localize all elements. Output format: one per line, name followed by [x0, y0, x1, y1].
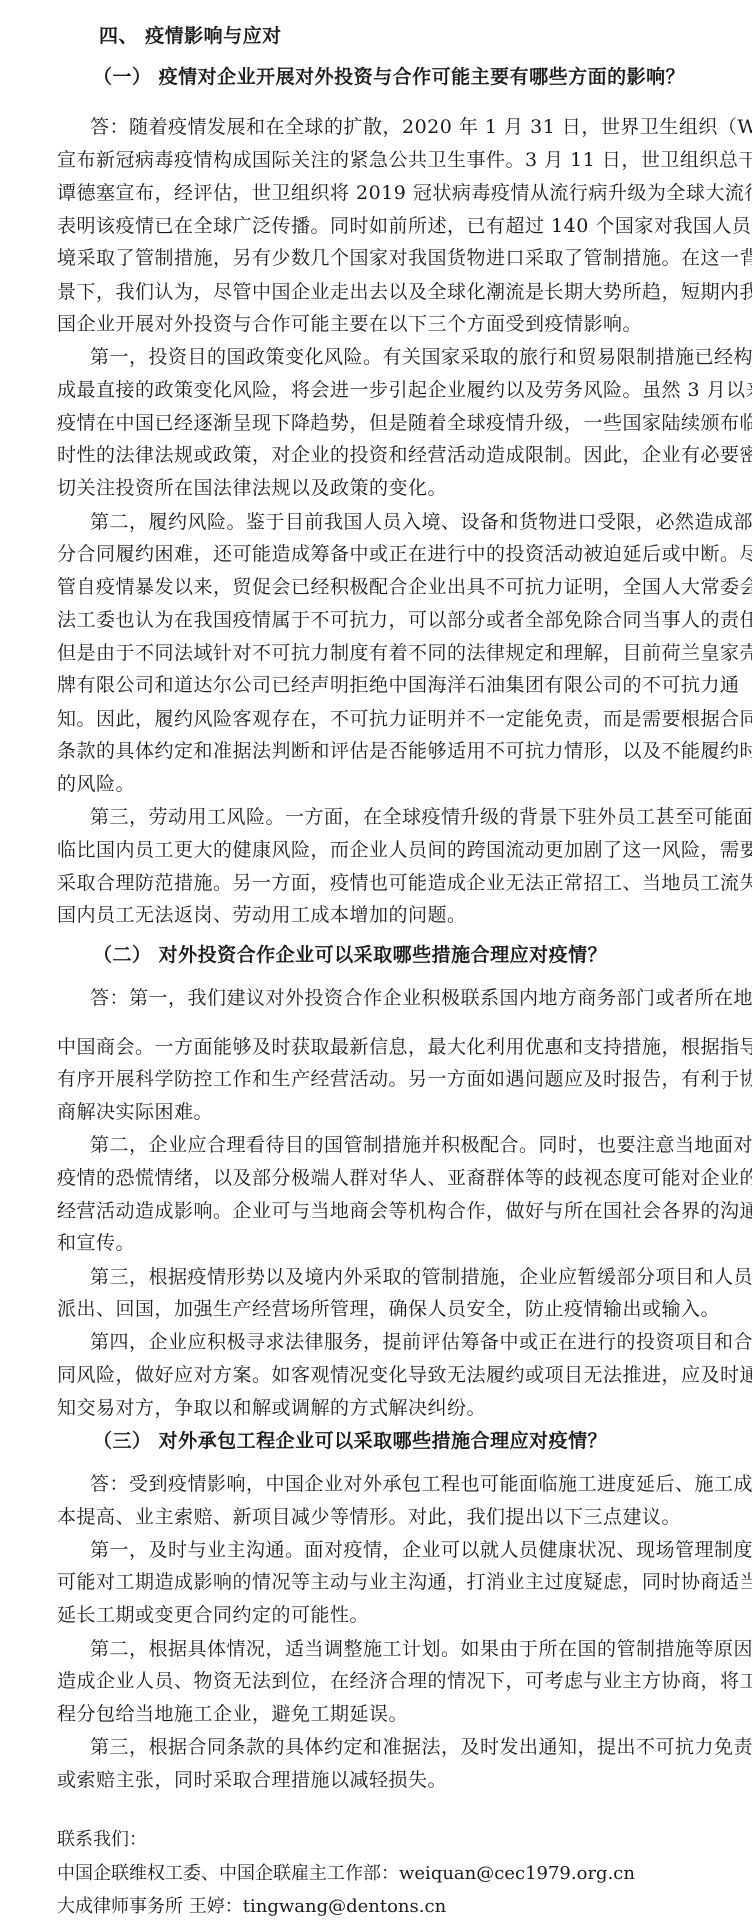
paragraph-line: 但是由于不同法域针对不可抗力制度有着不同的法律规定和理解，目前荷兰皇家壳 [57, 641, 693, 665]
paragraph-line: 派出、回国，加强生产经营场所管理，确保人员安全，防止疫情输出或输入。 [57, 1297, 693, 1321]
paragraph-line: 采取合理防范措施。另一方面，疫情也可能造成企业无法正常招工、当地员工流失、 [57, 871, 693, 895]
contact-org-dentons: 大成律师事务所 王婷： [57, 1896, 243, 1917]
paragraph-line: 答：受到疫情影响，中国企业对外承包工程也可能面临施工进度延后、施工成 [90, 1472, 693, 1496]
paragraph-line: 程分包给当地施工企业，避免工期延误。 [57, 1702, 693, 1726]
paragraph-line: 分合同履约困难，还可能造成筹备中或正在进行中的投资活动被迫延后或中断。尽 [57, 542, 693, 566]
paragraph-line: 同风险，做好应对方案。如客观情况变化导致无法履约或项目无法推进，应及时通 [57, 1363, 693, 1387]
paragraph-line: 中国商会。一方面能够及时获取最新信息，最大化利用优惠和支持措施，根据指导 [57, 1035, 693, 1059]
paragraph-line: 第二，根据具体情况，适当调整施工计划。如果由于所在国的管制措施等原因， [90, 1637, 693, 1661]
paragraph-line: 的风险。 [57, 772, 693, 796]
paragraph-line: 第二，企业应合理看待目的国管制措施并积极配合。同时，也要注意当地面对 [90, 1133, 693, 1157]
paragraph-line: 法工委也认为在我国疫情属于不可抗力，可以部分或者全部免除合同当事人的责任， [57, 608, 693, 632]
paragraph-line: 本提高、业主索赔、新项目减少等情形。对此，我们提出以下三点建议。 [57, 1505, 693, 1529]
paragraph-line: 时性的法律法规或政策，对企业的投资和经营活动造成限制。因此，企业有必要密 [57, 443, 693, 467]
paragraph-line: 国企业开展对外投资与合作可能主要在以下三个方面受到疫情影响。 [57, 312, 693, 336]
paragraph-line: 临比国内员工更大的健康风险，而企业人员间的跨国流动更加剧了这一风险，需要 [57, 838, 693, 862]
paragraph-line: 成最直接的政策变化风险，将会进一步引起企业履约以及劳务风险。虽然 3 月以来 [57, 378, 693, 402]
contact-line-cec: 中国企联维权工委、中国企联雇主工作部：weiquan@cec1979.org.c… [57, 1862, 693, 1886]
paragraph-line: 第四，企业应积极寻求法律服务，提前评估筹备中或正在进行的投资项目和合 [90, 1330, 693, 1354]
question-heading: （一） 疫情对企业开展对外投资与合作可能主要有哪些方面的影响？ [93, 65, 693, 89]
paragraph-line: 可能对工期造成影响的情况等主动与业主沟通，打消业主过度疑虑，同时协商适当 [57, 1570, 693, 1594]
paragraph-line: 管自疫情暴发以来，贸促会已经积极配合企业出具不可抗力证明，全国人大常委会 [57, 575, 693, 599]
paragraph-line: 或索赔主张，同时采取合理措施以减轻损失。 [57, 1768, 693, 1792]
contact-heading: 联系我们： [57, 1828, 693, 1852]
paragraph-line: 境采取了管制措施，另有少数几个国家对我国货物进口采取了管制措施。在这一背 [57, 246, 693, 270]
paragraph-line: 第一，投资目的国政策变化风险。有关国家采取的旅行和贸易限制措施已经构 [90, 345, 693, 369]
paragraph-line: 切关注投资所在国法律法规以及政策的变化。 [57, 476, 693, 500]
contact-email-cec[interactable]: weiquan@cec1979.org.cn [399, 1863, 635, 1884]
paragraph-line: 第三，根据疫情形势以及境内外采取的管制措施，企业应暂缓部分项目和人员 [90, 1265, 693, 1289]
question-heading: （二） 对外投资合作企业可以采取哪些措施合理应对疫情？ [93, 943, 693, 967]
question-heading: （三） 对外承包工程企业可以采取哪些措施合理应对疫情？ [93, 1429, 693, 1453]
contact-email-dentons[interactable]: tingwang@dentons.cn [243, 1896, 446, 1917]
paragraph-line: 和宣传。 [57, 1231, 693, 1255]
paragraph-line: 答：随着疫情发展和在全球的扩散，2020 年 1 月 31 日，世界卫生组织（W… [90, 115, 693, 139]
paragraph-line: 条款的具体约定和准据法判断和评估是否能够适用不可抗力情形，以及不能履约时 [57, 739, 693, 763]
paragraph-line: 第三，根据合同条款的具体约定和准据法，及时发出通知，提出不可抗力免责 [90, 1735, 693, 1759]
paragraph-line: 牌有限公司和道达尔公司已经声明拒绝中国海洋石油集团有限公司的不可抗力通 [57, 673, 693, 697]
contact-line-dentons: 大成律师事务所 王婷：tingwang@dentons.cn [57, 1895, 693, 1919]
paragraph-line: 谭德塞宣布，经评估，世卫组织将 2019 冠状病毒疫情从流行病升级为全球大流行病… [57, 181, 693, 205]
paragraph-line: 造成企业人员、物资无法到位，在经济合理的情况下，可考虑与业主方协商，将工 [57, 1669, 693, 1693]
paragraph-line: 经营活动造成影响。企业可与当地商会等机构合作，做好与所在国社会各界的沟通 [57, 1199, 693, 1223]
paragraph-line: 第三，劳动用工风险。一方面，在全球疫情升级的背景下驻外员工甚至可能面 [90, 805, 693, 829]
paragraph-line: 答：第一，我们建议对外投资合作企业积极联系国内地方商务部门或者所在地 [90, 986, 693, 1010]
paragraph-line: 第一，及时与业主沟通。面对疫情，企业可以就人员健康状况、现场管理制度、 [90, 1538, 693, 1562]
section-title: 四、 疫情影响与应对 [99, 24, 735, 48]
paragraph-line: 商解决实际困难。 [57, 1100, 693, 1124]
paragraph-line: 知。因此，履约风险客观存在，不可抗力证明并不一定能免责，而是需要根据合同 [57, 707, 693, 731]
contact-heading-text: 联系我们： [57, 1829, 147, 1850]
paragraph-line: 第二，履约风险。鉴于目前我国人员入境、设备和货物进口受限，必然造成部 [90, 510, 693, 534]
contact-org-cec: 中国企联维权工委、中国企联雇主工作部： [57, 1863, 399, 1884]
paragraph-line: 知交易对方，争取以和解或调解的方式解决纠纷。 [57, 1396, 693, 1420]
paragraph-line: 景下，我们认为，尽管中国企业走出去以及全球化潮流是长期大势所趋，短期内我 [57, 280, 693, 304]
paragraph-line: 有序开展科学防控工作和生产经营活动。另一方面如遇问题应及时报告，有利于协 [57, 1067, 693, 1091]
paragraph-line: 疫情的恐慌情绪，以及部分极端人群对华人、亚裔群体等的歧视态度可能对企业的 [57, 1166, 693, 1190]
paragraph-line: 疫情在中国已经逐渐呈现下降趋势，但是随着全球疫情升级，一些国家陆续颁布临 [57, 411, 693, 435]
paragraph-line: 国内员工无法返岗、劳动用工成本增加的问题。 [57, 903, 693, 927]
paragraph-line: 宣布新冠病毒疫情构成国际关注的紧急公共卫生事件。3 月 11 日，世卫组织总干事 [57, 148, 693, 172]
paragraph-line: 表明该疫情已在全球广泛传播。同时如前所述，已有超过 140 个国家对我国人员入 [57, 214, 693, 238]
paragraph-line: 延长工期或变更合同约定的可能性。 [57, 1603, 693, 1627]
